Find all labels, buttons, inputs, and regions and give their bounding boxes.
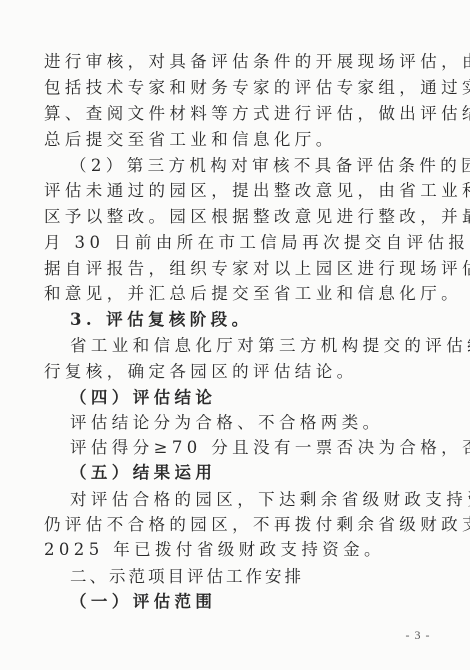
paragraph-line: 2025 年已拨付省级财政支持资金。 <box>44 537 432 563</box>
paragraph-line: 包括技术专家和财务专家的评估专家组，通过实地查看、现场测 <box>44 75 432 101</box>
document-page: 进行审核，对具备评估条件的开展现场评估，由第三方机构成立 包括技术专家和财务专家… <box>0 0 470 670</box>
paragraph-line: 进行审核，对具备评估条件的开展现场评估，由第三方机构成立 <box>44 49 432 75</box>
section-heading-result-application: （五）结果运用 <box>70 460 432 486</box>
paragraph-line: 据自评报告，组织专家对以上园区进行现场评估，做出评估结论 <box>44 256 432 282</box>
paragraph-line: （2）第三方机构对审核不具备评估条件的园区，以及初次 <box>70 153 432 179</box>
section-heading-review-stage: 3. 评估复核阶段。 <box>70 307 432 333</box>
paragraph-line: 行复核，确定各园区的评估结论。 <box>44 359 432 385</box>
paragraph-line: 算、查阅文件材料等方式进行评估，做出评估结论和意见，并汇 <box>44 101 432 127</box>
paragraph-line: 区予以整改。园区根据整改意见进行整改，并最迟于 2026 年 9 <box>44 204 432 230</box>
paragraph-line: 评估得分≥70 分且没有一票否决为合格，否则为不合格。 <box>70 435 432 461</box>
paragraph-line: 对评估合格的园区，下达剩余省级财政支持资金；对经整改 <box>70 487 432 513</box>
paragraph-line: 评估结论分为合格、不合格两类。 <box>70 410 432 436</box>
paragraph-line: 月 30 日前由所在市工信局再次提交自评估报告。第三方机构根 <box>44 230 432 256</box>
section-heading-demo-project-arrangement: 二、示范项目评估工作安排 <box>70 564 432 590</box>
section-heading-evaluation-scope: （一）评估范围 <box>70 589 432 615</box>
paragraph-line: 省工业和信息化厅对第三方机构提交的评估结论和意见进 <box>70 333 432 359</box>
paragraph-line: 评估未通过的园区，提出整改意见，由省工业和信息化厅督促园 <box>44 178 432 204</box>
paragraph-line: 仍评估不合格的园区，不再拨付剩余省级财政支持资金，并收回 <box>44 512 432 538</box>
paragraph-line: 和意见，并汇总后提交至省工业和信息化厅。 <box>44 281 432 307</box>
section-heading-evaluation-conclusion: （四）评估结论 <box>70 385 432 411</box>
page-number: - 3 - <box>400 628 436 643</box>
paragraph-line: 总后提交至省工业和信息化厅。 <box>44 127 432 153</box>
